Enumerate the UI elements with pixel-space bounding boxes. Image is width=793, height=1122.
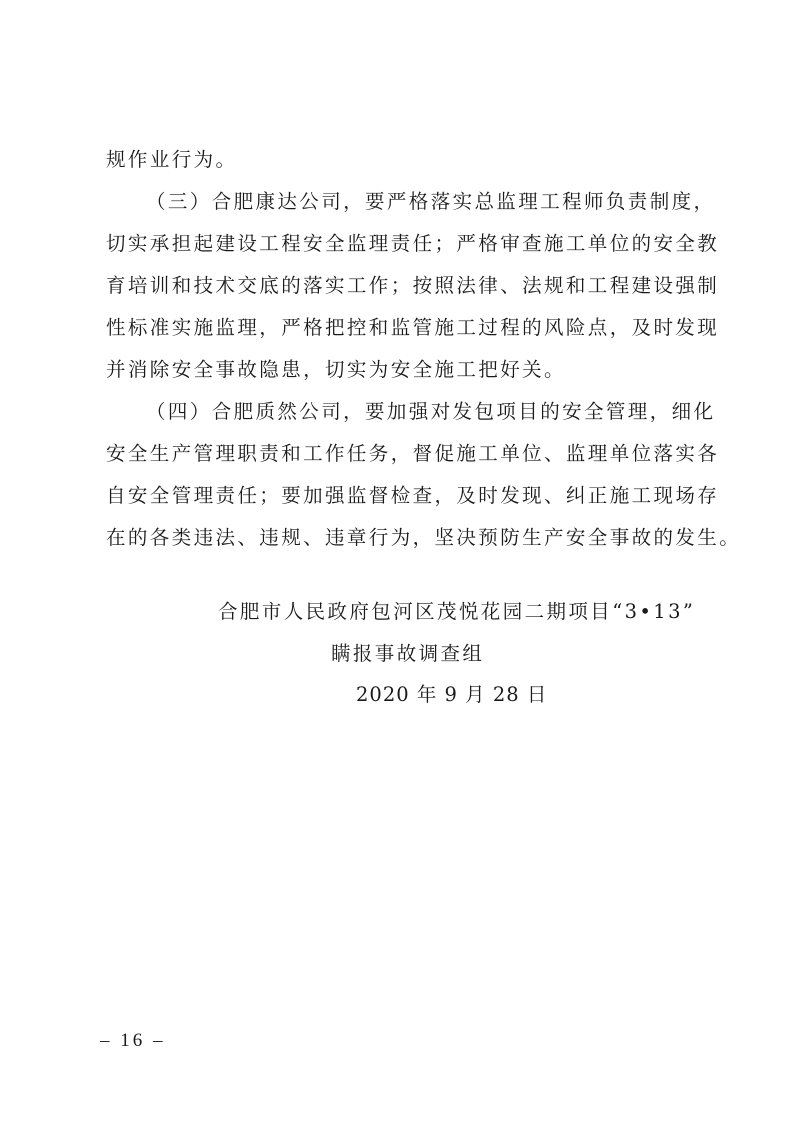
paragraph-line: 规作业行为。 [106, 148, 692, 172]
signature-date: 2020 年 9 月 28 日 [0, 683, 793, 707]
paragraph-line: 安全生产管理职责和工作任务，督促施工单位、监理单位落实各 [106, 442, 692, 466]
paragraph-line: （四）合肥质然公司，要加强对发包项目的安全管理，细化 [146, 400, 692, 424]
paragraph-line: （三）合肥康达公司，要严格落实总监理工程师负责制度， [146, 190, 692, 214]
paragraph-line: 性标准实施监理，严格把控和监管施工过程的风险点，及时发现 [106, 316, 692, 340]
signature-date-text: 2020 年 9 月 28 日 [356, 683, 547, 707]
paragraph-line: 育培训和技术交底的落实工作；按照法律、法规和工程建设强制 [106, 274, 692, 298]
document-page: 规作业行为。 （三）合肥康达公司，要严格落实总监理工程师负责制度， 切实承担起建… [0, 0, 793, 1122]
signature-org-line2: 瞒报事故调查组 [0, 642, 793, 666]
paragraph-line: 并消除安全事故隐患，切实为安全施工把好关。 [106, 358, 692, 382]
signature-group-text: 瞒报事故调查组 [331, 642, 484, 666]
signature-org-text: 合肥市人民政府包河区茂悦花园二期项目“3•13” [218, 600, 695, 624]
signature-org-line1: 合肥市人民政府包河区茂悦花园二期项目“3•13” [0, 600, 793, 624]
paragraph-line: 在的各类违法、违规、违章行为，坚决预防生产安全事故的发生。 [106, 526, 692, 550]
page-number: – 16 – [100, 1030, 166, 1052]
paragraph-line: 自安全管理责任；要加强监督检查，及时发现、纠正施工现场存 [106, 484, 692, 508]
paragraph-line: 切实承担起建设工程安全监理责任；严格审查施工单位的安全教 [106, 232, 692, 256]
